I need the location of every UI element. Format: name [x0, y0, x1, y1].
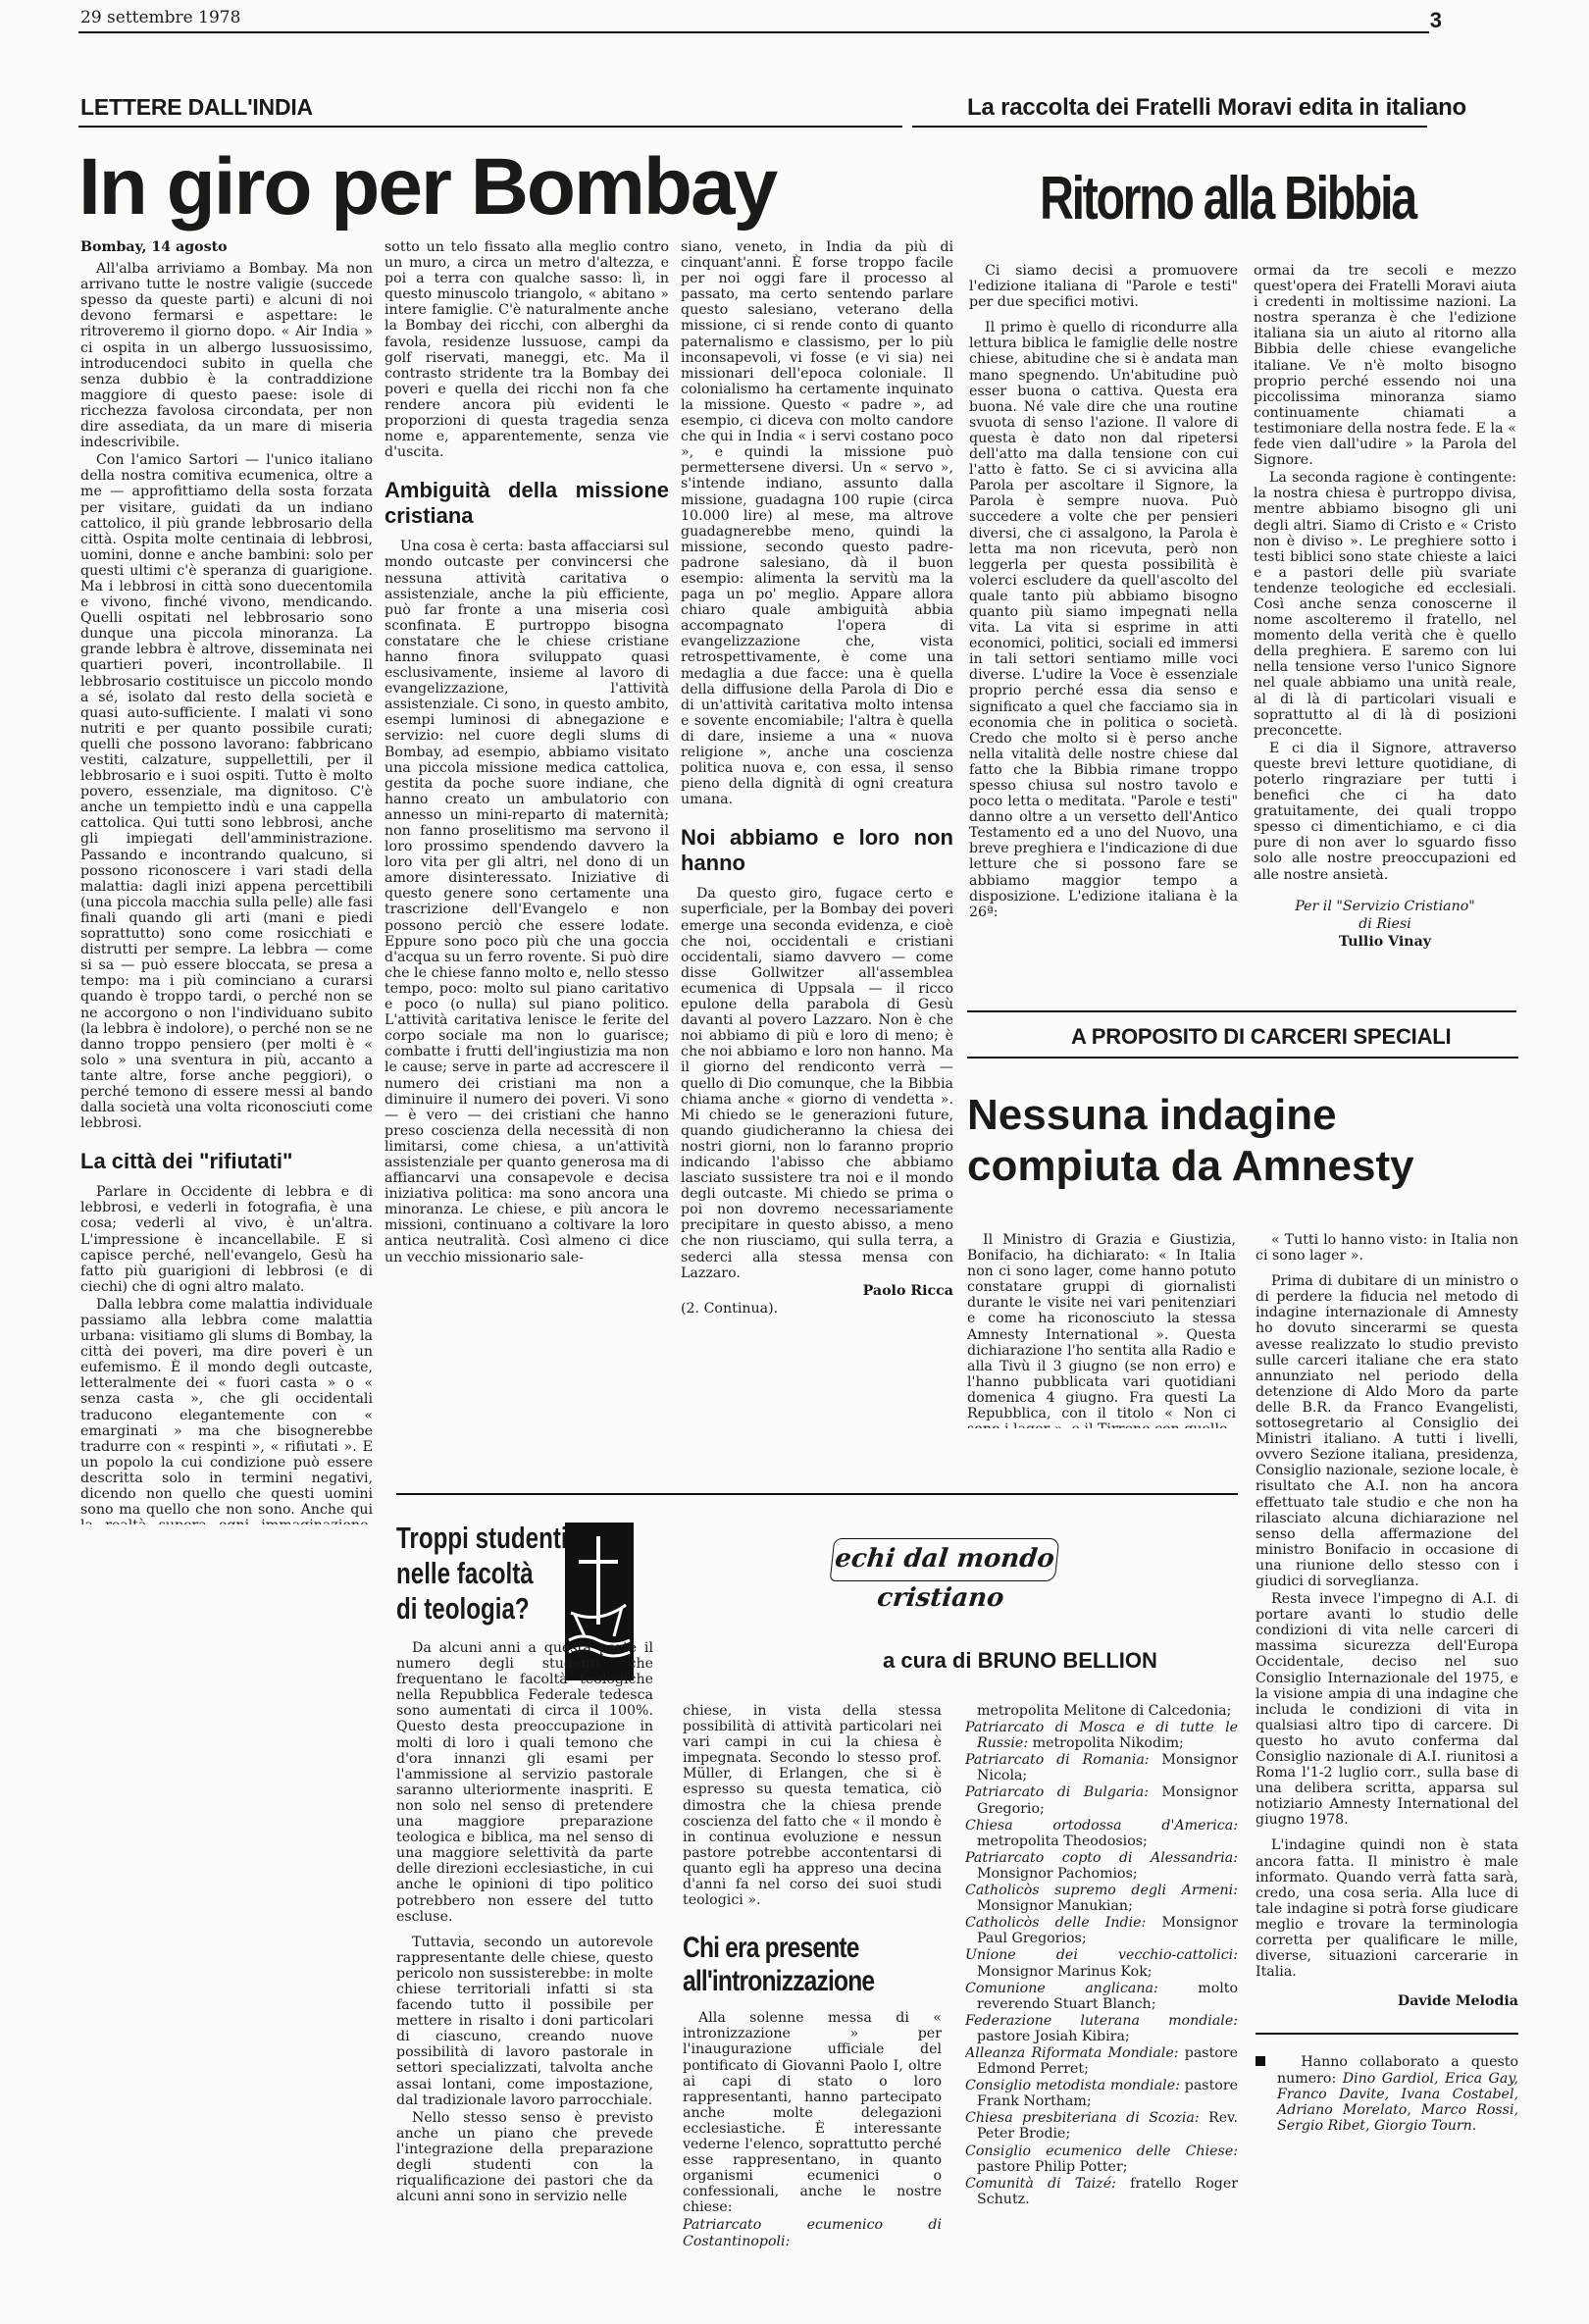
paragraph: Resta invece l'impegno di A.I. di portar… — [1256, 1591, 1518, 1828]
delegation-item: Patriarcato di Mosca e di tutte le Russi… — [965, 1720, 1238, 1751]
studenti-column: Da alcuni anni a questa parte il numero … — [396, 1640, 653, 2307]
delegation-org: Chiesa presbiteriana di Scozia: — [965, 2110, 1200, 2126]
delegation-item: Unione dei vecchio-cattolici: Monsignor … — [965, 1947, 1238, 1979]
delegation-org: Patriarcato di Romania: — [965, 1752, 1150, 1768]
headline-intronizzazione-line1: Chi era presente — [683, 1932, 942, 1965]
subhead-ambiguita: Ambiguità della missione cristiana — [384, 478, 669, 529]
page-number: 3 — [1430, 8, 1442, 33]
delegation-org: Catholicòs supremo degli Armeni: — [965, 1883, 1238, 1898]
paragraph: Da alcuni anni a questa parte il numero … — [396, 1640, 653, 1925]
bibbia-column-2: ormai da tre secoli e mezzo quest'opera … — [1254, 263, 1516, 989]
paragraph: Una cosa è certa: basta affacciarsi sul … — [384, 539, 669, 1265]
delegation-item: Comunità di Taizé: fratello Roger Schutz… — [965, 2176, 1238, 2207]
delegation-org: Comunità di Taizé: — [965, 2176, 1116, 2192]
delegation-org: Patriarcato di Bulgaria: — [965, 1784, 1149, 1800]
section-kicker-moravi: La raccolta dei Fratelli Moravi edita in… — [967, 94, 1466, 122]
delegation-item: metropolita Melitone di Calcedonia; — [965, 1703, 1238, 1719]
subhead-noi-abbiamo: Noi abbiamo e loro non hanno — [681, 825, 953, 876]
delegation-item: Patriarcato di Bulgaria: Monsignor Grego… — [965, 1784, 1238, 1816]
delegation-org: Consiglio metodista mondiale: — [965, 2078, 1180, 2093]
delegation-item: Comunione anglicana: molto reverendo Stu… — [965, 1981, 1238, 2012]
paragraph: Il Ministro di Grazia e Giustizia, Bonif… — [967, 1232, 1236, 1428]
delegation-org: Chiesa ortodossa d'America: — [965, 1818, 1238, 1833]
delegation-item: Consiglio ecumenico delle Chiese: pastor… — [965, 2143, 1238, 2175]
headline-studenti: Troppi studenti nelle facoltà di teologi… — [396, 1521, 568, 1627]
paragraph: Il primo è quello di ricondurre alla let… — [969, 320, 1238, 920]
paragraph: Prima di dubitare di un ministro o di pe… — [1256, 1273, 1518, 1589]
paragraph: Nello stesso senso è previsto anche un p… — [396, 2110, 653, 2205]
paragraph: Ci siamo decisi a promuovere l'edizione … — [969, 263, 1238, 310]
amnesty-kicker-rule — [967, 1057, 1518, 1059]
delegation-name: pastore Philip Potter; — [977, 2159, 1128, 2175]
delegation-org: Federazione luterana mondiale: — [965, 2013, 1238, 2029]
paragraph: Parlare in Occidente di lebbra e di lebb… — [80, 1184, 373, 1295]
amnesty-column-1: Il Ministro di Grazia e Giustizia, Bonif… — [967, 1232, 1236, 1428]
delegation-name: metropolita Theodosios; — [977, 1833, 1148, 1849]
paragraph: Alla solenne messa di « intronizzazione … — [683, 2010, 942, 2215]
curator-byline: a cura di BRUNO BELLION — [883, 1648, 1157, 1674]
delegation-item: Alleanza Riformata Mondiale: pastore Edm… — [965, 2045, 1238, 2077]
delegation-item: Chiesa presbiteriana di Scozia: Rev. Pet… — [965, 2110, 1238, 2142]
paragraph: siano, veneto, in India da più di cinqua… — [681, 239, 953, 807]
bombay-column-2: sotto un telo fissato alla meglio contro… — [384, 239, 669, 1500]
delegation-name: pastore Josiah Kibira; — [977, 2029, 1130, 2044]
delegation-item: Federazione luterana mondiale: pastore J… — [965, 2013, 1238, 2044]
delegation-item: Catholicòs supremo degli Armeni: Monsign… — [965, 1883, 1238, 1914]
delegation-org: Unione dei vecchio-cattolici: — [965, 1947, 1238, 1963]
headline-intronizzazione: Chi era presente all'intronizzazione — [683, 1932, 942, 1998]
delegation-item: Consiglio metodista mondiale: pastore Fr… — [965, 2078, 1238, 2109]
paragraph: Da questo giro, fugace certo e superfici… — [681, 886, 953, 1280]
paragraph: All'alba arriviamo a Bombay. Ma non arri… — [80, 261, 373, 450]
delegation-org: Comunione anglicana: — [965, 1981, 1158, 1996]
paragraph: « Tutti lo hanno visto: in Italia non ci… — [1256, 1232, 1518, 1264]
headline-studenti-line1: Troppi studenti — [396, 1521, 568, 1556]
delegation-org: Consiglio ecumenico delle Chiese: — [965, 2143, 1238, 2159]
paragraph: sotto un telo fissato alla meglio contro… — [384, 239, 669, 460]
delegation-org: Patriarcato ecumenico di Costantinopoli: — [683, 2217, 942, 2248]
dateline-bombay: Bombay, 14 agosto — [80, 239, 373, 255]
paragraph: Tuttavia, secondo un autorevole rapprese… — [396, 1935, 653, 2108]
delegation-name: metropolita Nikodim; — [1033, 1735, 1184, 1751]
delegation-name: Monsignor Pachomios; — [977, 1866, 1138, 1882]
delegation-name: Monsignor Marinus Kok; — [977, 1964, 1153, 1980]
kicker-rule-left — [78, 126, 902, 128]
continued-note: (2. Continua). — [681, 1301, 953, 1317]
issue-date: 29 settembre 1978 — [80, 8, 240, 27]
delegation-org: Alleanza Riformata Mondiale: — [965, 2045, 1179, 2061]
paragraph: E ci dia il Signore, attraverso queste b… — [1254, 741, 1516, 883]
author-davide-melodia: Davide Melodia — [1256, 1993, 1518, 2009]
paragraph: ormai da tre secoli e mezzo quest'opera … — [1254, 263, 1516, 468]
masthead-rule — [78, 31, 1429, 33]
collaborators-rule — [1256, 2033, 1518, 2035]
echi-banner: echi dal mondo cristiano — [830, 1538, 1060, 1581]
bibbia-column-1: Ci siamo decisi a promuovere l'edizione … — [969, 263, 1238, 1001]
signature-riesi: di Riesi — [1254, 916, 1516, 932]
headline-amnesty-1: Nessuna indagine — [967, 1091, 1337, 1140]
headline-studenti-line2: nelle facoltà — [396, 1556, 568, 1591]
headline-studenti-line3: di teologia? — [396, 1591, 568, 1627]
kicker-rule-right — [912, 126, 1427, 128]
section-kicker-carceri: A PROPOSITO DI CARCERI SPECIALI — [1071, 1024, 1451, 1050]
intronizzazione-column: chiese, in vista della stessa possibilit… — [683, 1703, 942, 2311]
bombay-column-3: siano, veneto, in India da più di cinqua… — [681, 239, 953, 1505]
amnesty-column-2: « Tutti lo hanno visto: in Italia non ci… — [1256, 1232, 1518, 2243]
delegation-item: Catholicòs delle Indie: Monsignor Paul G… — [965, 1915, 1238, 1946]
paragraph: Con l'amico Sartori — l'unico italiano d… — [80, 452, 373, 1131]
delegation-name: metropolita Melitone di Calcedonia; — [977, 1703, 1231, 1719]
echi-top-rule — [396, 1493, 1238, 1495]
delegation-item: Patriarcato di Romania: Monsignor Nicola… — [965, 1752, 1238, 1783]
delegation-item: Patriarcato ecumenico di Costantinopoli: — [683, 2217, 942, 2248]
author-paolo-ricca: Paolo Ricca — [681, 1283, 953, 1299]
amnesty-top-rule — [967, 1010, 1516, 1012]
section-kicker-lettere: LETTERE DALL'INDIA — [80, 94, 313, 121]
signature-servizio: Per il "Servizio Cristiano" — [1254, 899, 1516, 914]
delegation-item: Chiesa ortodossa d'America: metropolita … — [965, 1818, 1238, 1849]
delegation-item: Patriarcato copto di Alessandria: Monsig… — [965, 1850, 1238, 1882]
bombay-column-1: Bombay, 14 agosto All'alba arriviamo a B… — [80, 239, 373, 1524]
subhead-rifiutati: La città dei "rifiutati" — [80, 1149, 373, 1174]
headline-bibbia: Ritorno alla Bibbia — [1040, 165, 1415, 233]
delegations-list: metropolita Melitone di Calcedonia; Patr… — [965, 1703, 1238, 2311]
headline-amnesty-2: compiuta da Amnesty — [967, 1142, 1414, 1191]
headline-intronizzazione-line2: all'intronizzazione — [683, 1965, 942, 1998]
paragraph: La seconda ragione è contingente: la nos… — [1254, 470, 1516, 739]
paragraph: Dalla lebbra come malattia individuale p… — [80, 1297, 373, 1524]
paragraph: chiese, in vista della stessa possibilit… — [683, 1703, 942, 1908]
author-tullio-vinay: Tullio Vinay — [1254, 934, 1516, 950]
paragraph: L'indagine quindi non è stata ancora fat… — [1256, 1837, 1518, 1980]
bullet-square-icon — [1256, 2056, 1265, 2066]
collaborators-note: Hanno collaborato a questo numero: Dino … — [1256, 2054, 1518, 2133]
delegation-name: Monsignor Manukian; — [977, 1898, 1133, 1914]
delegation-org: Patriarcato copto di Alessandria: — [965, 1850, 1238, 1866]
headline-bombay: In giro per Bombay — [78, 143, 776, 232]
delegation-org: Catholicòs delle Indie: — [965, 1915, 1146, 1931]
